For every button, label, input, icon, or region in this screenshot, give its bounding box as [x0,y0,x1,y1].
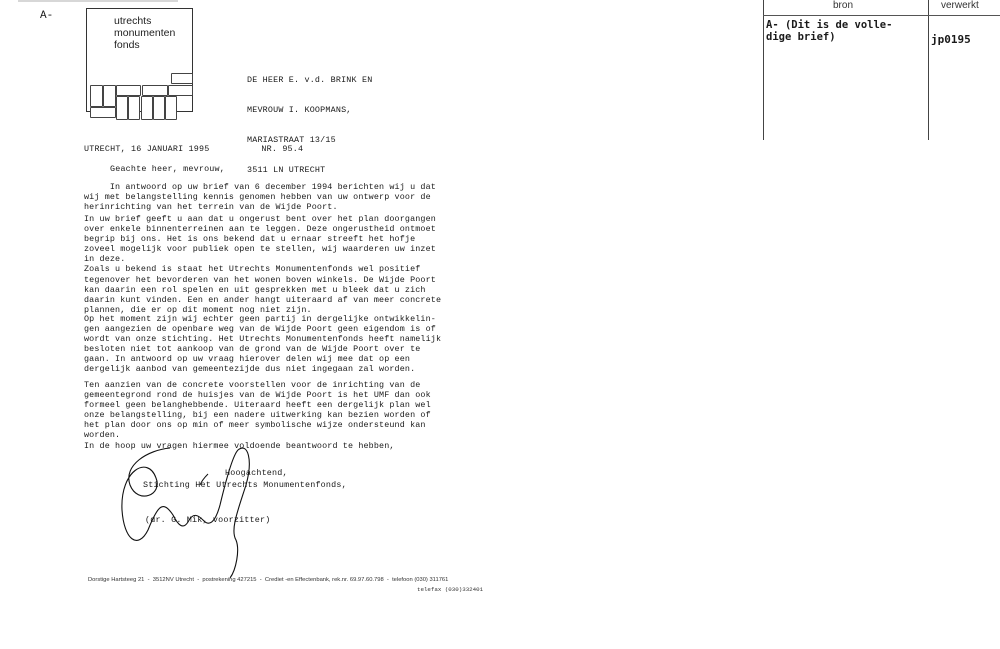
date-line: UTRECHT, 16 JANUARI 1995NR. 95.4 [84,144,303,154]
paragraph: Ten aanzien van de concrete voorstellen … [84,380,474,441]
foundation-logo: utrechts monumenten fonds [86,8,193,112]
paragraph: In uw brief geeft u aan dat u ongerust b… [84,214,474,315]
organization: Stichting Het Utrechts Monumentenfonds, [143,480,347,490]
logo-block [90,85,103,107]
signature-icon [118,440,268,580]
column-header-processed: verwerkt [941,0,979,11]
logo-block [116,96,128,120]
logo-wordmark: utrechts monumenten fonds [114,15,175,51]
column-header-source: bron [833,0,853,11]
archive-stamp-table: bron verwerkt A- (Dit is de volle- dige … [763,0,1000,140]
letterhead-footer-fax: telefax (030)332401 [417,586,483,593]
logo-block [90,107,116,118]
processed-cell: jp0195 [931,33,971,46]
addressee-line: 3511 LN UTRECHT [247,165,372,175]
logo-block [141,96,153,120]
addressee-line: MEVROUW I. KOOPMANS, [247,105,372,115]
reference-number: NR. 95.4 [261,144,303,154]
paragraph: In de hoop uw vragen hiermee voldoende b… [84,441,474,451]
logo-block [142,85,168,96]
logo-block [165,96,177,120]
logo-block [168,85,193,96]
margin-mark: A- [40,10,53,22]
addressee-line: DE HEER E. v.d. BRINK EN [247,75,372,85]
table-header-divider [763,15,1000,16]
logo-block [103,85,116,107]
table-border [928,0,929,140]
scan-edge [18,0,178,2]
table-border [763,0,764,140]
salutation: Geachte heer, mevrouw, [110,164,225,174]
addressee-block: DE HEER E. v.d. BRINK EN MEVROUW I. KOOP… [247,55,372,185]
signatory: (dr. G. Mik, voorzitter) [145,515,270,525]
paragraph: In antwoord op uw brief van 6 december 1… [84,182,474,212]
logo-block [116,85,141,96]
place-date: UTRECHT, 16 JANUARI 1995 [84,144,209,154]
paragraph: Op het moment zijn wij echter geen parti… [84,314,474,375]
logo-line: utrechts [114,15,175,27]
logo-line: monumenten [114,27,175,39]
letterhead-footer: Dorstige Hartsteeg 21 - 3512NV Utrecht -… [88,577,448,583]
logo-block [153,96,165,120]
logo-block [171,73,193,84]
source-cell: A- (Dit is de volle- dige brief) [766,19,926,43]
logo-block [128,96,140,120]
logo-line: fonds [114,39,175,51]
closing: Hoogachtend, [225,468,288,478]
